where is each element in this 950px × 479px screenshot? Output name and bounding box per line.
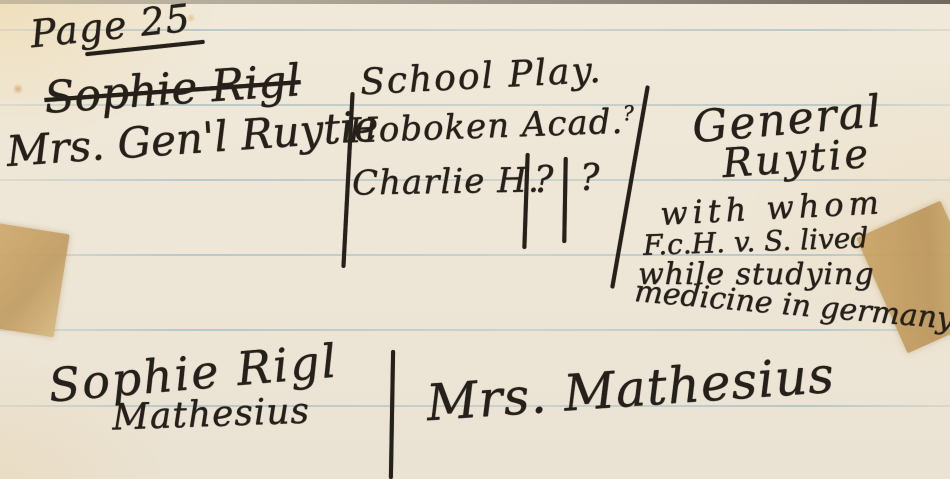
cell-bar-stroke [562,157,568,243]
question-mark-2: ? [580,158,599,199]
mrs-mathesius-name: Mrs. Mathesius [424,346,836,432]
ruled-line [0,329,950,331]
hoboken-acad-line: Hoboken Acad.? [347,101,635,151]
school-play-title: School Play. [359,50,603,104]
paper-stain [12,84,24,94]
page-number-label: Page 25 [28,0,192,56]
tape-left-edge [0,223,70,338]
question-mark-1: ? [534,160,553,201]
charlie-h-name: Charlie H. [352,160,540,203]
bottom-section-divider [389,350,395,479]
hoboken-acad-text: Hoboken Acad. [347,102,623,152]
hoboken-question-mark: ? [622,101,635,125]
handwritten-note-card: Page 25 Sophie Rigl Mrs. Gen'l Ruytie Sc… [0,0,950,479]
mathesius-name: Mathesius [111,391,310,439]
